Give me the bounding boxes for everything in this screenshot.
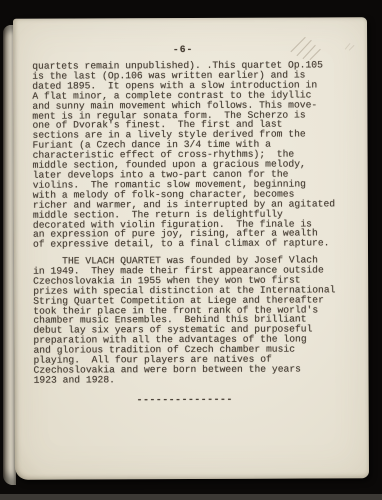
dashed-separator: --------------- bbox=[137, 395, 233, 405]
paragraph-vlach-quartet: THE VLACH QUARTET was founded by Josef V… bbox=[33, 255, 336, 385]
scan-bottom-strip bbox=[0, 494, 382, 500]
page-number: -6- bbox=[13, 44, 353, 55]
paragraph-dvorak-quartet: quartets remain unpublished). .This quar… bbox=[32, 60, 335, 250]
scanned-page: -6- quartets remain unpublished). .This … bbox=[13, 17, 369, 480]
scan-background: -6- quartets remain unpublished). .This … bbox=[0, 0, 382, 500]
